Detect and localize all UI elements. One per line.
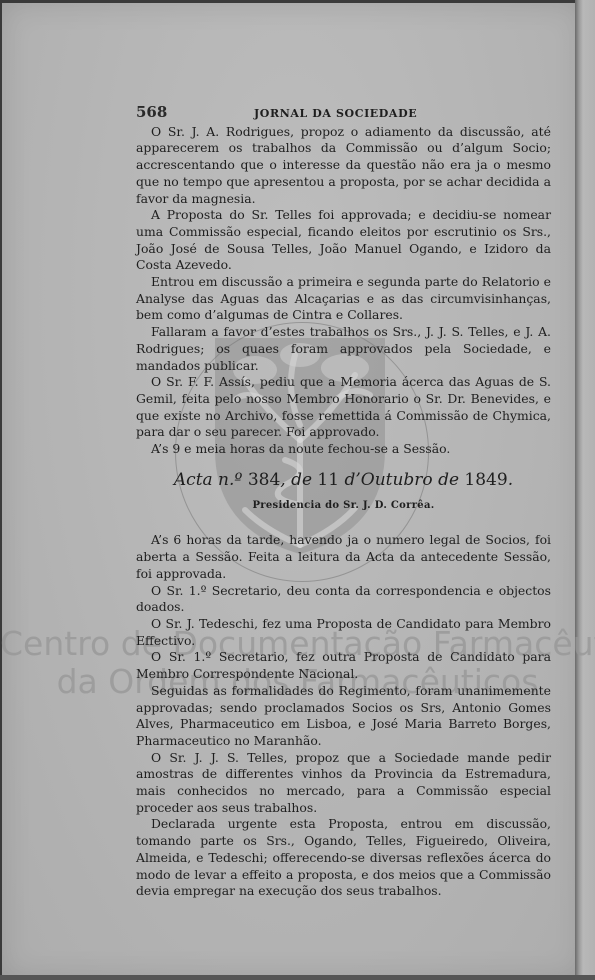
page-body: 568 JORNAL DA SOCIEDADE O Sr. J. A. Rodr… xyxy=(136,104,551,900)
acta-year: 1849 xyxy=(464,470,507,490)
paragraph: A Proposta do Sr. Telles foi approvada; … xyxy=(136,207,551,274)
bottom-edge xyxy=(0,975,595,980)
presidency-line: Presidencia do Sr. J. D. Corrêa. xyxy=(136,498,551,515)
paragraph: Seguidas as formalidades do Regimento, f… xyxy=(136,683,551,750)
page-edge-shadow xyxy=(575,0,595,980)
paragraph: O Sr. 1.º Secretario, fez outra Proposta… xyxy=(136,649,551,682)
acta-number: 384 xyxy=(248,470,280,490)
paragraph: Fallaram a favor d’estes trabalhos os Sr… xyxy=(136,324,551,374)
paragraph: O Sr. J. J. S. Telles, propoz que a Soci… xyxy=(136,750,551,817)
paragraph: A’s 6 horas da tarde, havendo ja o numer… xyxy=(136,532,551,582)
acta-minutes: A’s 6 horas da tarde, havendo ja o numer… xyxy=(136,532,551,899)
page-number: 568 xyxy=(136,104,196,121)
previous-session-minutes: O Sr. J. A. Rodrigues, propoz o adiament… xyxy=(136,124,551,458)
paragraph: Declarada urgente esta Proposta, entrou … xyxy=(136,816,551,900)
acta-day: 11 xyxy=(317,470,339,490)
acta-title: Acta n.º 384, de 11 d’Outubro de 1849. xyxy=(136,470,551,490)
running-head: JORNAL DA SOCIEDADE xyxy=(254,106,417,123)
paragraph: Entrou em discussão a primeira e segunda… xyxy=(136,274,551,324)
paragraph: O Sr. F. F. Assís, pediu que a Memoria á… xyxy=(136,374,551,441)
paragraph: O Sr. 1.º Secretario, deu conta da corre… xyxy=(136,583,551,616)
paragraph: O Sr. J. A. Rodrigues, propoz o adiament… xyxy=(136,124,551,208)
page-header: 568 JORNAL DA SOCIEDADE xyxy=(136,104,551,123)
paragraph: A’s 9 e meia horas da noute fechou-se a … xyxy=(136,441,551,458)
paragraph: O Sr. J. Tedeschi, fez uma Proposta de C… xyxy=(136,616,551,649)
